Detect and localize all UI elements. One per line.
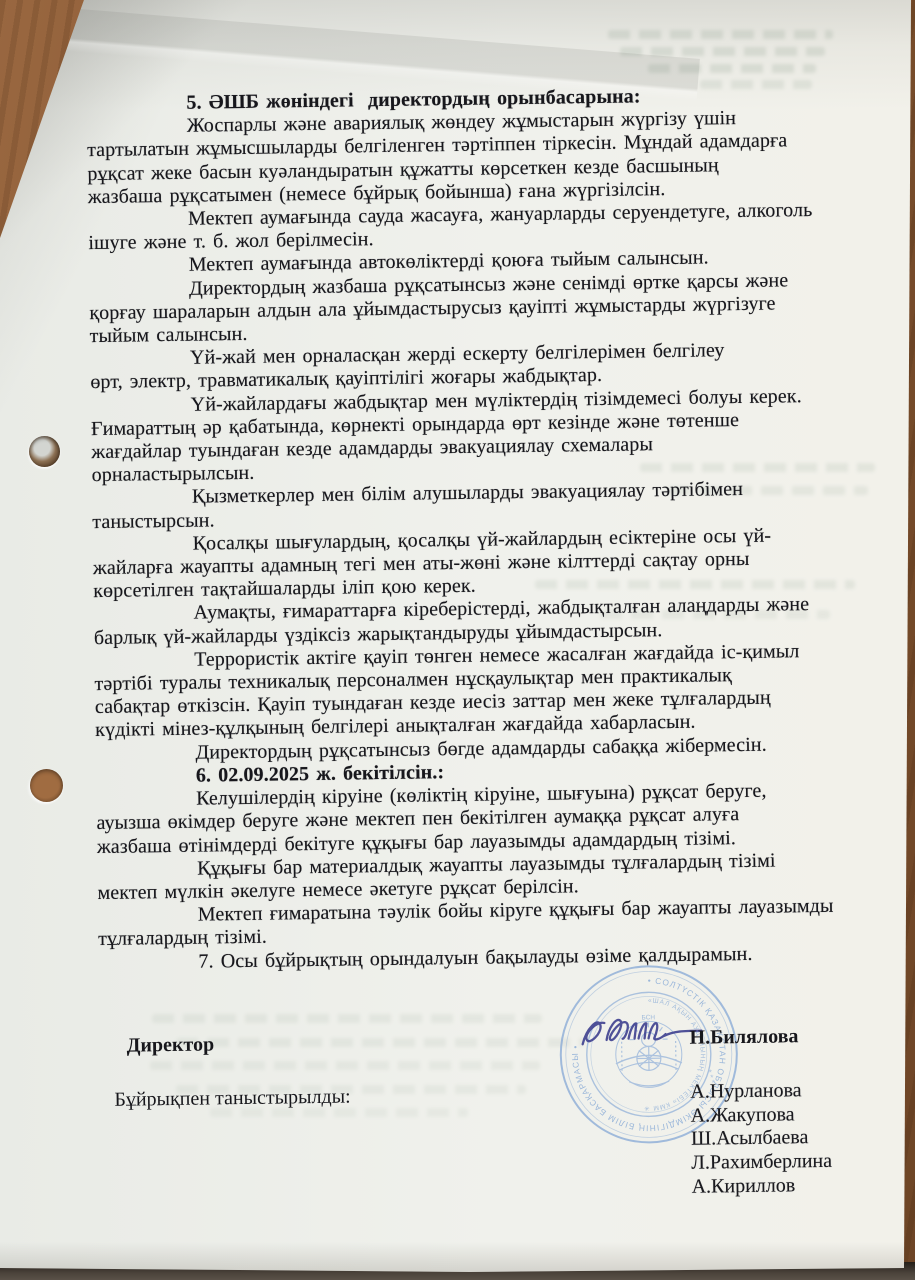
director-signature-scribble — [575, 1003, 708, 1063]
order-paragraph: Үй-жайлардағы жабдықтар мен мүліктердің … — [91, 384, 892, 488]
photographed-order-page: 5. ӘШБ жөніндегі директордың орынбасарын… — [0, 0, 915, 1280]
order-paragraph: Жоспарлы және авариялық жөндеу жұмыстары… — [87, 105, 888, 209]
printed-content: 5. ӘШБ жөніндегі директордың орынбасарын… — [0, 0, 915, 1280]
director-name: Н.Билялова — [689, 1025, 798, 1050]
paper-sheet: 5. ӘШБ жөніндегі директордың орынбасарын… — [0, 0, 915, 1280]
order-paragraph: Директордың жазбаша рұқсатынсыз және сен… — [89, 268, 890, 349]
acknowledgement-label: Бұйрықпен таныстырылды: — [114, 1086, 351, 1112]
order-paragraph: Келушілердің кіруіне (көліктің кіруіне, … — [96, 778, 897, 859]
director-label: Директор — [126, 1033, 214, 1057]
order-paragraph: Террористік актіге қауіп төнген немесе ж… — [94, 639, 895, 743]
acknowledged-names-list: А.Нурланова А.Жакупова Ш.Асылбаева Л.Рах… — [690, 1079, 832, 1199]
order-paragraph: Қосалқы шығулардың, қосалқы үй-жайлардың… — [92, 523, 893, 604]
order-body: 5. ӘШБ жөніндегі директордың орынбасарын… — [86, 82, 898, 975]
